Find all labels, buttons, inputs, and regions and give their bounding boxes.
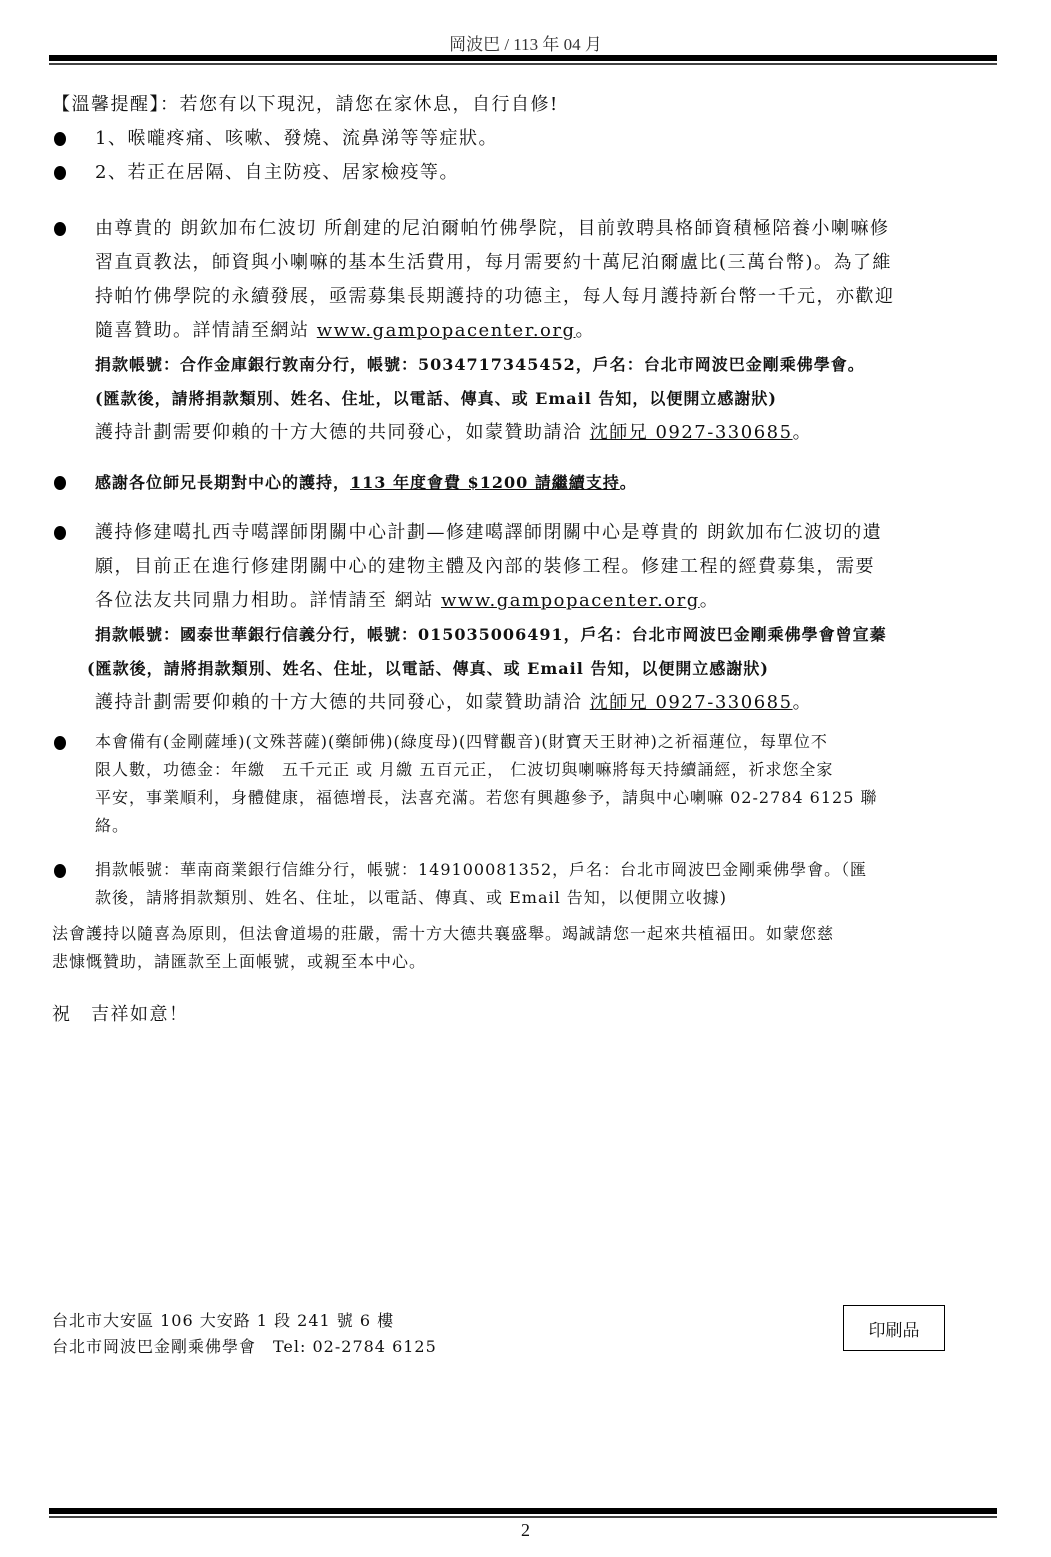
bullet-icon (54, 132, 66, 146)
reminder-item: 1、喉嚨疼痛、咳嗽、發燒、流鼻涕等等症狀。 (52, 122, 1027, 156)
website-link[interactable]: www.gampopacenter.org (441, 590, 700, 611)
remit-note: (匯款後，請將捐款類別、姓名、住址，以電話、傳真、或 Email 告知，以便開立… (87, 652, 1027, 686)
bullet-icon (54, 166, 66, 180)
bullet-icon (54, 476, 66, 490)
contact-phone[interactable]: 沈師兄 0927-330685 (590, 422, 793, 443)
membership-fee: 113 年度會費 $1200 請繼續支持 (350, 473, 620, 492)
lotus-section: 本會備有(金剛薩埵)(文殊菩薩)(藥師佛)(綠度母)(四臂觀音)(財寶天王財神)… (52, 728, 1027, 840)
footer-rule (49, 1508, 997, 1518)
remit-note: (匯款後，請將捐款類別、姓名、住址，以電話、傳真、或 Email 告知，以便開立… (95, 382, 1027, 416)
contact-phone[interactable]: 沈師兄 0927-330685 (590, 692, 793, 713)
org-tel: 台北市岡波巴金剛乘佛學會 Tel: 02-2784 6125 (52, 1334, 437, 1360)
bullet-icon (54, 526, 66, 540)
bank-account-line: 捐款帳號：國泰世華銀行信義分行，帳號：015035006491，戶名：台北市岡波… (95, 618, 1027, 652)
address: 台北市大安區 106 大安路 1 段 241 號 6 樓 (52, 1308, 437, 1334)
reminder-title: 【溫馨提醒】：若您有以下現況，請您在家休息，自行自修! (52, 88, 1027, 122)
website-link[interactable]: www.gampopacenter.org (317, 320, 576, 341)
bank-account-line: 捐款帳號：合作金庫銀行敦南分行，帳號：5034717345452，戶名：台北市岡… (95, 348, 1027, 382)
closing-paragraph: 法會護持以隨喜為原則，但法會道場的莊嚴，需十方大德共襄盛舉。竭誠請您一起來共植福… (52, 920, 1027, 948)
document-body: 【溫馨提醒】：若您有以下現況，請您在家休息，自行自修! 1、喉嚨疼痛、咳嗽、發燒… (52, 88, 1027, 1032)
blessing: 祝 吉祥如意！ (52, 998, 1027, 1032)
huanan-account-section: 捐款帳號：華南商業銀行信維分行，帳號：149100081352，戶名：台北市岡波… (52, 856, 1027, 912)
page-number: 2 (0, 1520, 1051, 1541)
header-rule (49, 55, 997, 65)
footer-address-block: 台北市大安區 106 大安路 1 段 241 號 6 樓 台北市岡波巴金剛乘佛學… (52, 1308, 437, 1360)
bullet-icon (54, 222, 66, 236)
academy-section: 由尊貴的 朗欽加布仁波切 所創建的尼泊爾帕竹佛學院，目前敦聘具格師資積極陪養小喇… (52, 212, 1027, 450)
page-header-title: 岡波巴 / 113 年 04 月 (0, 30, 1051, 55)
printed-matter-box: 印刷品 (843, 1305, 945, 1351)
membership-notice: 感謝各位師兄長期對中心的護持，113 年度會費 $1200 請繼續支持。 (52, 466, 1027, 500)
reminder-item: 2、若正在居隔、自主防疫、居家檢疫等。 (52, 156, 1027, 190)
bullet-icon (54, 864, 66, 878)
bullet-icon (54, 736, 66, 750)
retreat-section: 護持修建噶扎西寺噶譯師閉關中心計劃—修建噶譯師閉關中心是尊貴的 朗欽加布仁波切的… (52, 516, 1027, 720)
